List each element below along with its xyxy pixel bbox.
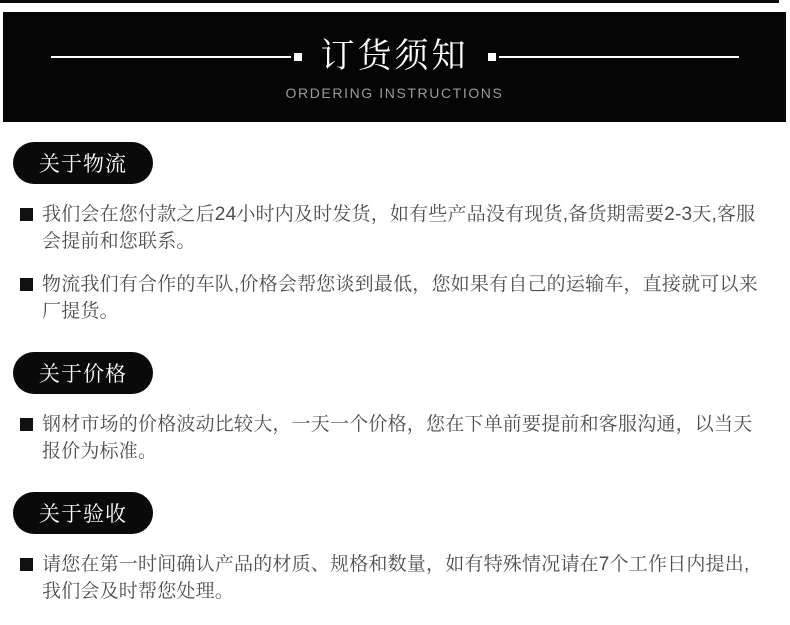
list-item: 我们会在您付款之后24小时内及时发货，如有些产品没有现货,备货期需要2-3天,客… — [20, 201, 768, 255]
banner-subtitle: ORDERING INSTRUCTIONS — [286, 85, 504, 101]
section-badge-logistics: 关于物流 — [13, 142, 153, 184]
section-price: 关于价格 钢材市场的价格波动比较大，一天一个价格，您在下单前要提前和客服沟通，以… — [0, 352, 790, 465]
bullet-square-icon — [20, 208, 33, 221]
list-item: 钢材市场的价格波动比较大，一天一个价格，您在下单前要提前和客服沟通，以当天报价为… — [20, 411, 768, 465]
title-line-left — [51, 56, 291, 58]
price-bullet-list: 钢材市场的价格波动比较大，一天一个价格，您在下单前要提前和客服沟通，以当天报价为… — [0, 411, 790, 465]
banner-title-row: 订货须知 — [3, 37, 786, 76]
list-item-text: 请您在第一时间确认产品的材质、规格和数量，如有特殊情况请在7个工作日内提出,我们… — [42, 551, 768, 605]
bullet-square-icon — [20, 278, 33, 291]
title-square-right-icon — [488, 53, 496, 61]
section-badge-price: 关于价格 — [13, 352, 153, 394]
section-badge-acceptance: 关于验收 — [13, 492, 153, 534]
logistics-bullet-list: 我们会在您付款之后24小时内及时发货，如有些产品没有现货,备货期需要2-3天,客… — [0, 201, 790, 325]
title-line-right — [499, 56, 739, 58]
list-item-text: 钢材市场的价格波动比较大，一天一个价格，您在下单前要提前和客服沟通，以当天报价为… — [42, 411, 768, 465]
acceptance-bullet-list: 请您在第一时间确认产品的材质、规格和数量，如有特殊情况请在7个工作日内提出,我们… — [0, 551, 790, 605]
list-item: 请您在第一时间确认产品的材质、规格和数量，如有特殊情况请在7个工作日内提出,我们… — [20, 551, 768, 605]
title-square-left-icon — [294, 53, 302, 61]
section-logistics: 关于物流 我们会在您付款之后24小时内及时发货，如有些产品没有现货,备货期需要2… — [0, 142, 790, 325]
list-item-text: 物流我们有合作的车队,价格会帮您谈到最低，您如果有自己的运输车，直接就可以来厂提… — [42, 271, 768, 325]
list-item-text: 我们会在您付款之后24小时内及时发货，如有些产品没有现货,备货期需要2-3天,客… — [42, 201, 768, 255]
ordering-instructions-banner: 订货须知 ORDERING INSTRUCTIONS — [3, 12, 786, 122]
list-item: 物流我们有合作的车队,价格会帮您谈到最低，您如果有自己的运输车，直接就可以来厂提… — [20, 271, 768, 325]
bullet-square-icon — [20, 558, 33, 571]
top-divider-strip — [0, 0, 779, 3]
instructions-content: 关于物流 我们会在您付款之后24小时内及时发货，如有些产品没有现货,备货期需要2… — [0, 122, 790, 605]
bullet-square-icon — [20, 418, 33, 431]
banner-title: 订货须知 — [321, 37, 469, 76]
section-acceptance: 关于验收 请您在第一时间确认产品的材质、规格和数量，如有特殊情况请在7个工作日内… — [0, 492, 790, 605]
